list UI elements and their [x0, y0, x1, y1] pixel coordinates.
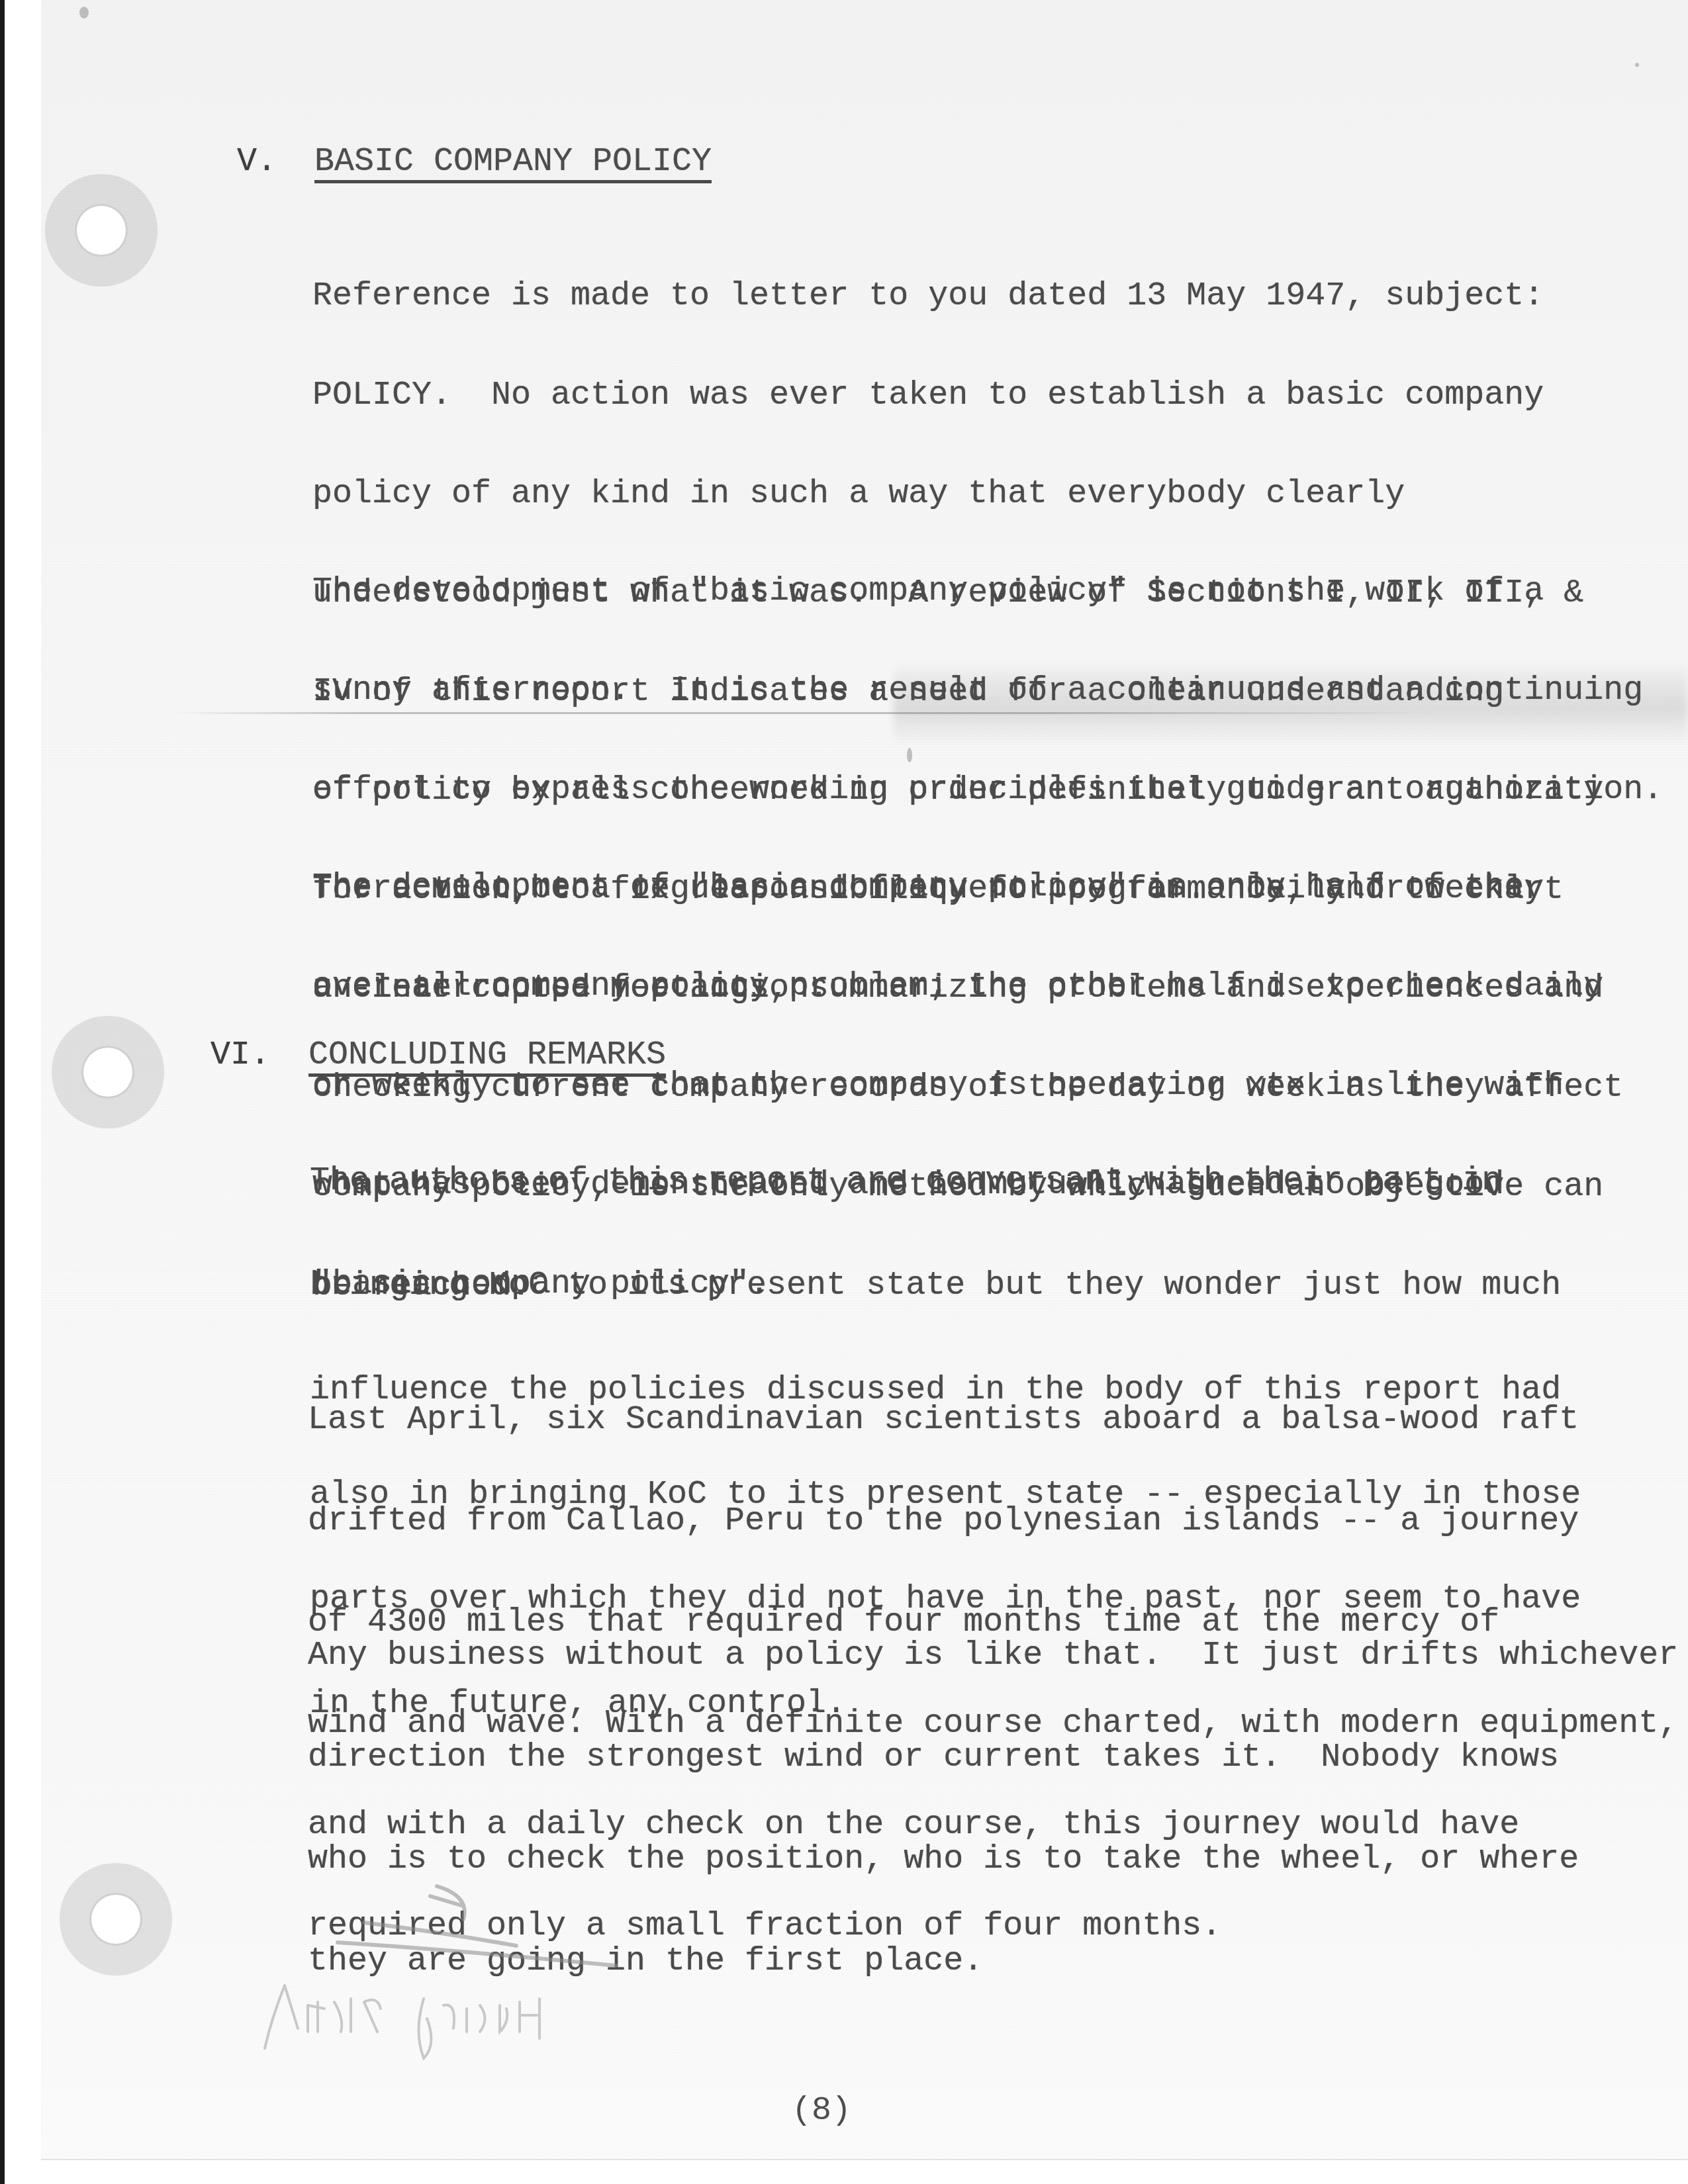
- text-line: over-all company policy problem; the oth…: [312, 970, 1603, 1003]
- handwritten-signature-icon: [245, 1866, 655, 2065]
- text-line: Any business without a policy is like th…: [308, 1639, 1678, 1672]
- punch-hole-icon: [91, 1895, 140, 1944]
- text-line: policy of any kind in such a way that ev…: [312, 478, 1603, 511]
- text-line: direction the strongest wind or current …: [308, 1741, 1678, 1774]
- section-number: V.: [237, 146, 277, 179]
- section-title: CONCLUDING REMARKS: [308, 1039, 666, 1077]
- section-heading-v: V. BASIC COMPANY POLICY: [237, 146, 277, 245]
- stray-mark: [79, 7, 89, 19]
- page-number: (8): [792, 2095, 851, 2128]
- text-line: The authors of this report are conversan…: [310, 1163, 1581, 1197]
- text-line: POLICY. No action was ever taken to esta…: [312, 379, 1603, 412]
- text-line: The development of "basic company policy…: [312, 575, 1663, 608]
- stray-mark: [1635, 63, 1639, 67]
- punch-hole-icon: [83, 1048, 132, 1097]
- text-line: bringing KoC to its present state but th…: [310, 1268, 1581, 1301]
- text-line: The development of "basic company policy…: [312, 871, 1603, 904]
- section-title: BASIC COMPANY POLICY: [314, 146, 712, 183]
- section-heading-vi: VI. CONCLUDING REMARKS: [211, 1039, 250, 1138]
- text-line: drifted from Callao, Peru to the polynes…: [308, 1504, 1678, 1537]
- text-line: Reference is made to letter to you dated…: [312, 280, 1603, 313]
- section-number: VI.: [211, 1039, 270, 1072]
- scan-border: [0, 0, 5, 2184]
- text-line: Last April, six Scandinavian scientists …: [308, 1403, 1678, 1436]
- text-line: sunny afternoon. It is the result of a c…: [312, 674, 1663, 707]
- punch-hole-icon: [77, 206, 126, 255]
- text-line: effort to express the working principles…: [312, 774, 1663, 807]
